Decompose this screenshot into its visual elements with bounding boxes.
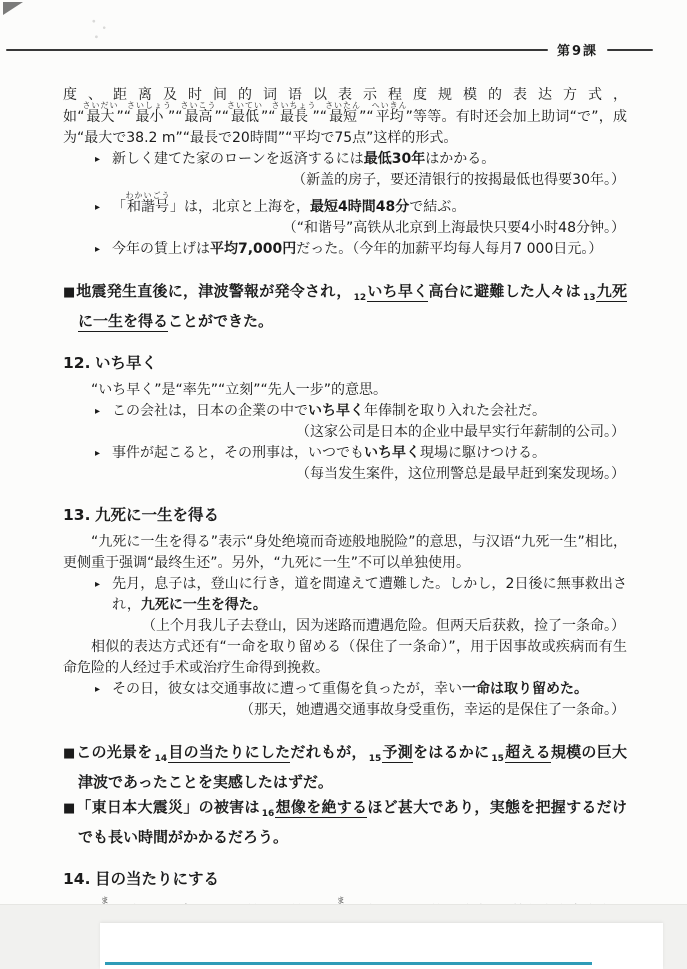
text-segment: をはるかに xyxy=(413,743,489,761)
example-sentence: ▸先月，息子は，登山に行き，道を間違えて遭難した。しかし，2日後に無事救出され，… xyxy=(95,574,627,616)
example-marker-icon: ▸ xyxy=(95,401,112,422)
furigana-text: わかいごう xyxy=(126,191,171,200)
content-blocks: 度、距离及时间的词语以表示程度规模的表达方式，如“最大さいだい”“最小さいしょう… xyxy=(0,59,687,947)
chinese-translation: （新盖的房子，要还清银行的按揭最低也得要30年。） xyxy=(63,170,627,191)
item-number-ref: 12 xyxy=(354,293,367,303)
text-segment: 最短4時間48分 xyxy=(310,199,409,215)
example-sentence: ▸事件が起こると，その刑事は，いつでもいち早く現場に駆けつける。 xyxy=(95,443,627,464)
section-title: いち早く xyxy=(95,354,157,372)
chinese-translation: （“和谐号”高铁从北京到上海最快只要4小时48分钟。） xyxy=(63,218,627,239)
key-marker-icon: ■ xyxy=(63,742,76,765)
example-marker-icon: ▸ xyxy=(95,239,112,260)
furigana-ruby: 最低さいてい xyxy=(229,109,261,125)
key-marker-icon: ■ xyxy=(63,281,76,304)
item-number-ref: 13 xyxy=(583,293,596,303)
text-segment: この光景を xyxy=(76,743,153,761)
text-segment: 想像を絶する xyxy=(275,798,367,818)
text-segment: 最低30年 xyxy=(364,151,425,167)
furigana-text: へいきん xyxy=(372,101,408,110)
text-segment: ことができた。 xyxy=(168,312,273,330)
furigana-text: さいたん xyxy=(325,101,361,110)
text-segment: で結ぶ。 xyxy=(409,199,465,215)
furigana-text: さいてい xyxy=(227,101,263,110)
section-heading: 14.目の当たりにする xyxy=(63,869,627,889)
chinese-translation: （那天，她遭遇交通事故身受重伤，幸运的是保住了一条命。） xyxy=(63,700,627,721)
text-segment: だれもが， xyxy=(290,743,366,761)
section-title: 目の当たりにする xyxy=(95,870,219,888)
key-sentence: ■「東日本大震災」の被害は16想像を絶するほど甚大であり，実態を把握するだけでも… xyxy=(63,796,627,849)
furigana-text: さいこう xyxy=(181,101,217,110)
text-segment: いち早く xyxy=(364,445,420,461)
example-sentence: ▸今年の賃上げは平均7,000円だった。（今年的加薪平均每人每月7 000日元。… xyxy=(95,239,627,260)
text-segment: （新盖的房子，要还清银行的按揭最低也得要30年。） xyxy=(292,172,625,188)
example-sentence: ▸新しく建てた家のローンを返済するには最低30年はかかる。 xyxy=(95,149,627,170)
text-segment: 「東日本大震災」の被害は xyxy=(76,798,260,816)
text-segment: 平均7,000円 xyxy=(210,241,296,257)
text-segment: 新しく建てた家のローンを返済するには xyxy=(112,151,364,167)
text-segment: 「 xyxy=(112,199,126,215)
text-segment: いち早く xyxy=(367,282,428,302)
text-segment: 予測 xyxy=(382,743,413,763)
text-segment: 年俸制を取り入れた会社だ。 xyxy=(364,403,546,419)
example-marker-icon: ▸ xyxy=(95,679,112,700)
text-segment: 事件が起こると，その刑事は，いつでも xyxy=(112,445,364,461)
text-segment: その日，彼女は交通事故に遭って重傷を負ったが，幸い xyxy=(112,681,462,697)
paragraph: 度、距离及时间的词语以表示程度规模的表达方式，如“最大さいだい”“最小さいしょう… xyxy=(63,85,627,149)
example-marker-icon: ▸ xyxy=(95,443,112,464)
example-sentence: ▸この会社は，日本の企業の中でいち早く年俸制を取り入れた会社だ。 xyxy=(95,401,627,422)
paragraph: “いち早く”是“率先”“立刻”“先人一步”的意思。 xyxy=(63,380,627,401)
furigana-ruby: 最大さいだい xyxy=(84,109,116,125)
pencil-smudge xyxy=(86,16,112,42)
key-sentence: ■地震発生直後に，津波警報が発令され，12いち早く高台に避難した人々は13九死に… xyxy=(63,280,627,333)
text-segment: （“和谐号”高铁从北京到上海最快只要4小时48分钟。） xyxy=(283,220,625,236)
example-marker-icon: ▸ xyxy=(95,574,112,595)
text-segment: 一命は取り留めた。 xyxy=(462,681,588,697)
furigana-ruby: 和諧号わかいごう xyxy=(126,199,170,215)
furigana-ruby: 最高さいこう xyxy=(183,109,215,125)
text-segment: 目の当たりにした xyxy=(168,743,290,763)
text-segment: （这家公司是日本的企业中最早实行年薪制的公司。） xyxy=(296,424,625,440)
header-rule-right xyxy=(607,49,653,51)
header-rule-left xyxy=(6,49,548,51)
section-number: 12. xyxy=(63,353,95,373)
item-number-ref: 16 xyxy=(262,809,275,819)
paragraph: 相似的表达方式还有“一命を取り留める（保住了一条命）”，用于因事故或疾病而有生命… xyxy=(63,637,627,679)
chinese-translation: （这家公司是日本的企业中最早实行年薪制的公司。） xyxy=(63,422,627,443)
text-segment: 超える xyxy=(505,743,551,763)
paragraph: “九死に一生を得る”表示“身处绝境而奇迹般地脱险”的意思，与汉语“九死一生”相比… xyxy=(63,532,627,574)
furigana-text: さいだい xyxy=(82,101,118,110)
text-segment: 地震発生直後に，津波警報が発令され， xyxy=(76,282,352,300)
section-number: 14. xyxy=(63,869,95,889)
section-heading: 12.いち早く xyxy=(63,353,627,373)
furigana-ruby: 最小さいしょう xyxy=(131,109,168,125)
chinese-translation: （每当发生案件，这位刑警总是最早赶到案发现场。） xyxy=(63,464,627,485)
example-sentence: ▸その日，彼女は交通事故に遭って重傷を負ったが，幸い一命は取り留めた。 xyxy=(95,679,627,700)
example-marker-icon: ▸ xyxy=(95,197,112,218)
text-segment: 」は，北京と上海を， xyxy=(170,199,310,215)
example-marker-icon: ▸ xyxy=(95,149,112,170)
section-heading: 13.九死に一生を得る xyxy=(63,505,627,525)
text-segment: “九死に一生を得る”表示“身处绝境而奇迹般地脱险”的意思，与汉语“九死一生”相比… xyxy=(63,534,627,571)
book-cover-line xyxy=(105,962,592,965)
item-number-ref: 15 xyxy=(369,754,382,764)
furigana-text: さいちょう xyxy=(272,101,317,110)
text-segment: 九死に一生を得た。 xyxy=(141,597,267,613)
section-title: 九死に一生を得る xyxy=(95,506,219,524)
chinese-translation: （上个月我儿子去登山，因为迷路而遭遇危险。但两天后获救，捡了一条命。） xyxy=(63,616,627,637)
text-segment: （每当发生案件，这位刑警总是最早赶到案发现场。） xyxy=(296,466,625,482)
text-segment: “いち早く”是“率先”“立刻”“先人一步”的意思。 xyxy=(91,382,387,398)
text-segment: 相似的表达方式还有“一命を取り留める（保住了一条命）”，用于因事故或疾病而有生命… xyxy=(63,639,627,676)
furigana-ruby: 最短さいたん xyxy=(327,109,359,125)
furigana-text: さいしょう xyxy=(127,101,172,110)
item-number-ref: 14 xyxy=(155,754,168,764)
lesson-label: 第9課 xyxy=(548,40,607,59)
item-number-ref: 15 xyxy=(491,754,504,764)
text-segment: 高台に避難した人々は xyxy=(428,282,581,300)
section-number: 13. xyxy=(63,505,95,525)
text-segment: はかかる。 xyxy=(425,151,495,167)
text-segment: 現場に駆けつける。 xyxy=(420,445,546,461)
text-segment: （上个月我儿子去登山，因为迷路而遭遇危险。但两天后获救，捡了一条命。） xyxy=(142,618,625,634)
text-segment: だった。（今年的加薪平均每人每月7 000日元。） xyxy=(296,241,602,257)
example-sentence: ▸「和諧号わかいごう」は，北京と上海を，最短4時間48分で結ぶ。 xyxy=(95,191,627,218)
text-segment: この会社は，日本の企業の中で xyxy=(112,403,308,419)
key-marker-icon: ■ xyxy=(63,797,76,820)
key-sentence: ■この光景を14目の当たりにしただれもが，15予測をはるかに15超える規模の巨大… xyxy=(63,741,627,794)
page-corner-mark xyxy=(3,2,23,15)
furigana-ruby: 最長さいちょう xyxy=(276,109,313,125)
text-segment: （那天，她遭遇交通事故身受重伤，幸运的是保住了一条命。） xyxy=(240,702,625,718)
text-segment: いち早く xyxy=(308,403,364,419)
furigana-ruby: 平均へいきん xyxy=(374,109,406,125)
page-header: 第9課 xyxy=(6,40,653,59)
text-segment: 今年の賃上げは xyxy=(112,241,210,257)
